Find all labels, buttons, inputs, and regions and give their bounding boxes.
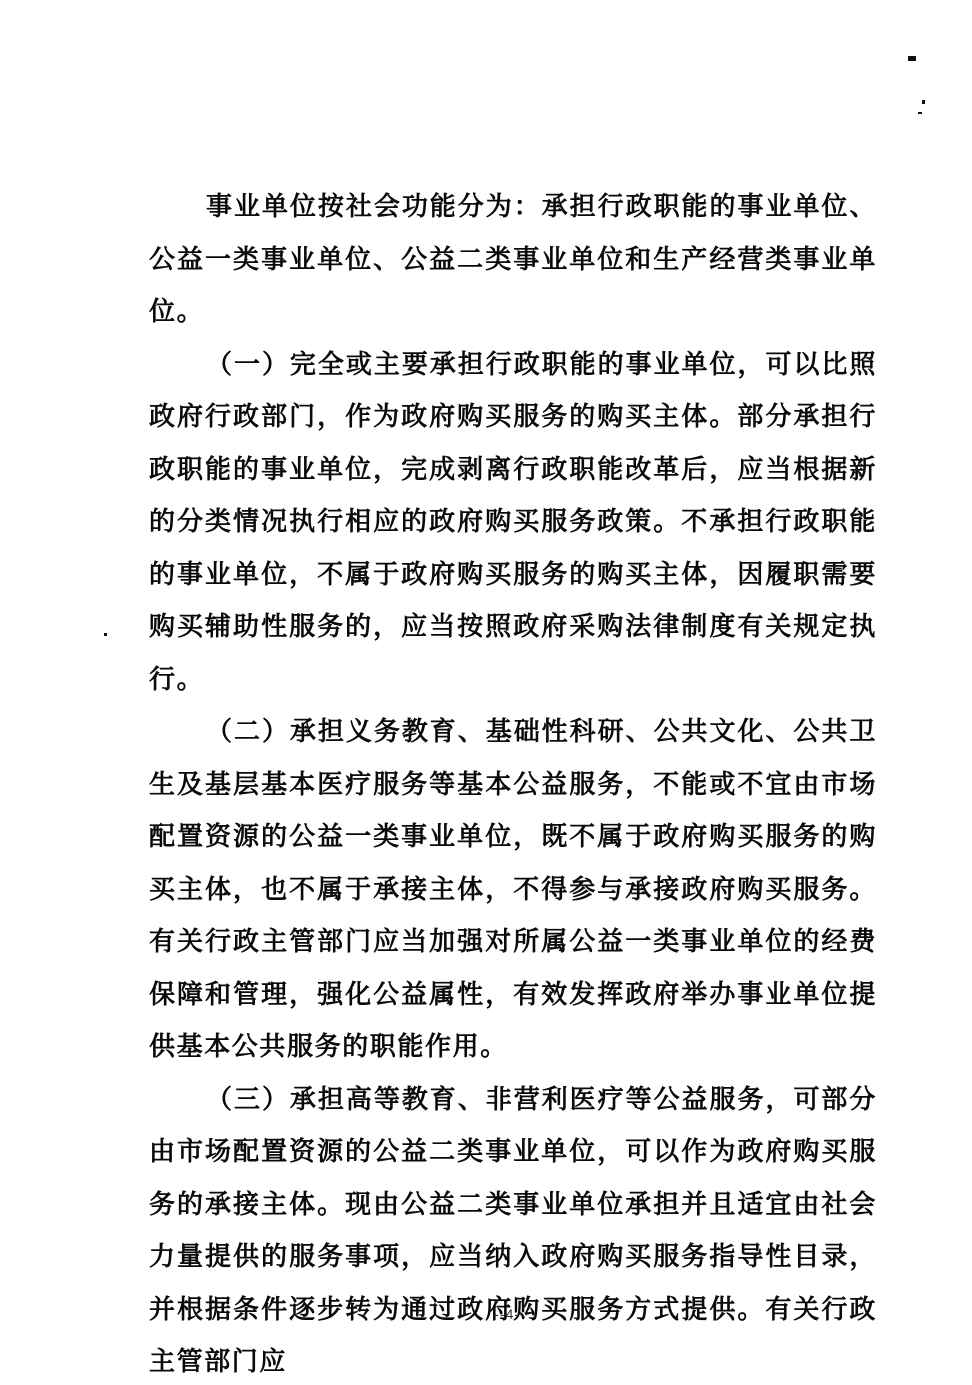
document-page: 事业单位按社会功能分为：承担行政职能的事业单位、公益一类事业单位、公益二类事业单… <box>0 0 972 1385</box>
paragraph-section-1: （一）完全或主要承担行政职能的事业单位，可以比照政府行政部门，作为政府购买服务的… <box>149 339 877 707</box>
body-text: 事业单位按社会功能分为：承担行政职能的事业单位、公益一类事业单位、公益二类事业单… <box>149 181 877 1385</box>
paragraph-section-2: （二）承担义务教育、基础性科研、公共文化、公共卫生及基层基本医疗服务等基本公益服… <box>149 706 877 1074</box>
paragraph-section-3: （三）承担高等教育、非营利医疗等公益服务，可部分由市场配置资源的公益二类事业单位… <box>149 1074 877 1385</box>
scan-artifact <box>922 100 925 104</box>
scan-artifact <box>104 633 107 636</box>
page-number: --4-- <box>470 1306 550 1322</box>
paragraph-classification: 事业单位按社会功能分为：承担行政职能的事业单位、公益一类事业单位、公益二类事业单… <box>149 181 877 339</box>
scan-artifact <box>908 56 916 61</box>
scan-artifact <box>918 112 922 114</box>
